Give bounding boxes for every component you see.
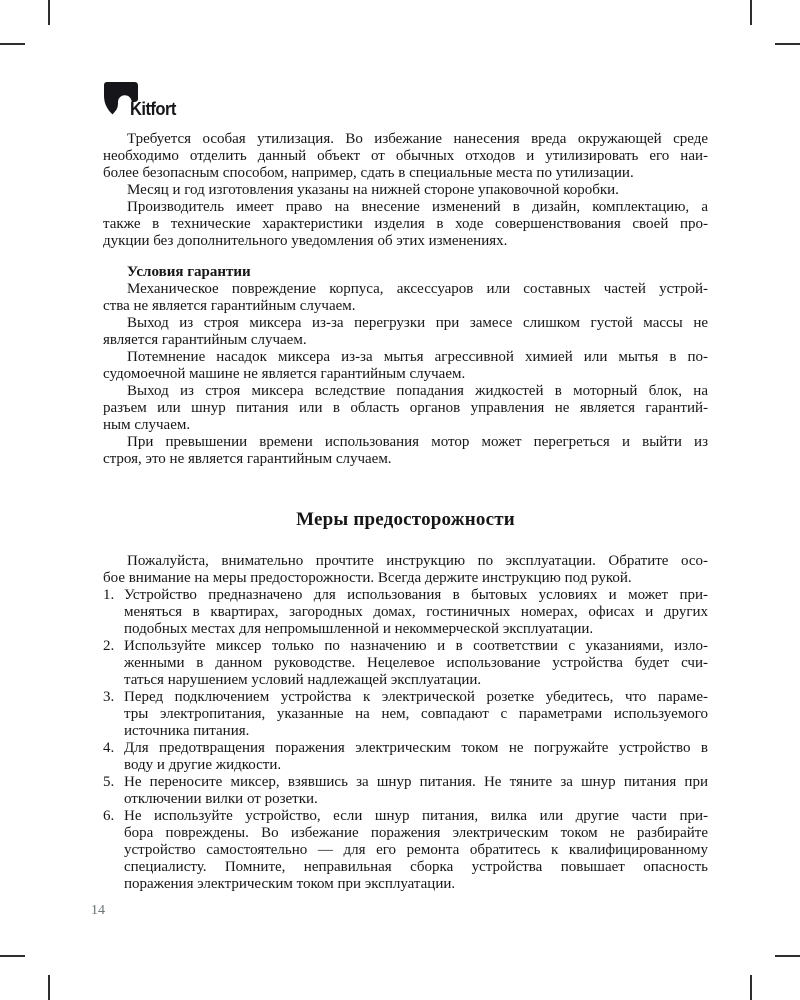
text-line: Не переносите миксер, взявшись за шнур п… <box>124 774 708 791</box>
text-line: поражения электрическим током при эксплу… <box>124 876 708 893</box>
text-line: ства не является гарантийным случаем. <box>103 298 708 315</box>
list-item: 1.Устройство предназначено для использов… <box>103 587 708 638</box>
list-item-marker: 5. <box>103 774 122 791</box>
text-line: Устройство предназначено для использован… <box>124 587 708 604</box>
crop-mark-bottom-right-horizontal <box>775 955 800 957</box>
text-line: судомоечной машине не является гарантийн… <box>103 366 708 383</box>
text-line: устройство самостоятельно — для его ремо… <box>124 842 708 859</box>
text-line: При превышении времени использования мот… <box>103 434 708 451</box>
list-item: 3.Перед подключением устройства к электр… <box>103 689 708 740</box>
list-item-marker: 1. <box>103 587 122 604</box>
text-line: Пожалуйста, внимательно прочтите инструк… <box>103 553 708 570</box>
list-item: 4.Для предотвращения поражения электриче… <box>103 740 708 774</box>
text-line: дукции без дополнительного уведомления о… <box>103 233 708 250</box>
text-line: бора повреждены. Во избежание поражения … <box>124 825 708 842</box>
crop-mark-top-left-vertical <box>48 0 50 25</box>
subheading: Условия гарантии <box>103 264 708 281</box>
section-title: Меры предосторожности <box>103 508 708 532</box>
text-line: источника питания. <box>124 723 708 740</box>
text-line: женными в данном руководстве. Нецелевое … <box>124 655 708 672</box>
paragraph: Требуется особая утилизация. Во избежани… <box>103 131 708 182</box>
kitfort-logo: Kitfort <box>104 82 244 122</box>
crop-mark-bottom-right-vertical <box>750 975 752 1000</box>
paragraph: Механическое повреждение корпуса, аксесс… <box>103 281 708 315</box>
paragraph: При превышении времени использования мот… <box>103 434 708 468</box>
text-line: Перед подключением устройства к электрич… <box>124 689 708 706</box>
text-line: Требуется особая утилизация. Во избежани… <box>103 131 708 148</box>
text-line: ным случаем. <box>103 417 708 434</box>
text-line: Выход из строя миксера из-за перегрузки … <box>103 315 708 332</box>
text-line: подобных местах для непромышленной и нек… <box>124 621 708 638</box>
paragraph: Месяц и год изготовления указаны на нижн… <box>103 182 708 199</box>
crop-mark-top-right-vertical <box>750 0 752 25</box>
text-line: Механическое повреждение корпуса, аксесс… <box>103 281 708 298</box>
text-line: таться нарушением условий надлежащей экс… <box>124 672 708 689</box>
text-line: является гарантийным случаем. <box>103 332 708 349</box>
paragraph: Выход из строя миксера из-за перегрузки … <box>103 315 708 349</box>
list-item: 5.Не переносите миксер, взявшись за шнур… <box>103 774 708 808</box>
text-line: строя, это не является гарантийным случа… <box>103 451 708 468</box>
list-item: 2.Используйте миксер только по назначени… <box>103 638 708 689</box>
text-line: Производитель имеет право на внесение из… <box>103 199 708 216</box>
text-line: Для предотвращения поражения электрическ… <box>124 740 708 757</box>
text-line: Потемнение насадок миксера из-за мытья а… <box>103 349 708 366</box>
text-line: бое внимание на меры предосторожности. В… <box>103 570 708 587</box>
paragraph: Потемнение насадок миксера из-за мытья а… <box>103 349 708 383</box>
text-line: Не используйте устройство, если шнур пит… <box>124 808 708 825</box>
text-line: также в технические характеристики издел… <box>103 216 708 233</box>
list-item: 6.Не используйте устройство, если шнур п… <box>103 808 708 893</box>
content-column: Требуется особая утилизация. Во избежани… <box>103 131 708 893</box>
list-item-marker: 2. <box>103 638 122 655</box>
text-line: отключении вилки от розетки. <box>124 791 708 808</box>
text-line: специалисту. Помните, неправильная сборк… <box>124 859 708 876</box>
text-line: разъем или шнур питания или в область ор… <box>103 400 708 417</box>
crop-mark-bottom-left-vertical <box>48 975 50 1000</box>
list-item-marker: 3. <box>103 689 122 706</box>
text-line: Месяц и год изготовления указаны на нижн… <box>103 182 708 199</box>
list-item-marker: 4. <box>103 740 122 757</box>
text-line: необходимо отделить данный объект от обы… <box>103 148 708 165</box>
manual-page: { "page": { "number": "14", "background"… <box>0 0 800 1000</box>
text-line: Выход из строя миксера вследствие попада… <box>103 383 708 400</box>
text-line: тры электропитания, указанные на нем, со… <box>124 706 708 723</box>
text-line: более безопасным способом, например, сда… <box>103 165 708 182</box>
crop-mark-top-right-horizontal <box>775 43 800 45</box>
kitfort-wordmark: Kitfort <box>130 99 176 119</box>
list-item-marker: 6. <box>103 808 122 825</box>
paragraph: Пожалуйста, внимательно прочтите инструк… <box>103 553 708 587</box>
paragraph: Производитель имеет право на внесение из… <box>103 199 708 250</box>
text-line: Используйте миксер только по назначению … <box>124 638 708 655</box>
crop-mark-top-left-horizontal <box>0 43 25 45</box>
paragraph: Выход из строя миксера вследствие попада… <box>103 383 708 434</box>
crop-mark-bottom-left-horizontal <box>0 955 25 957</box>
text-line: меняться в квартирах, загородных домах, … <box>124 604 708 621</box>
page-number: 14 <box>91 902 105 919</box>
text-line: воду и другие жидкости. <box>124 757 708 774</box>
